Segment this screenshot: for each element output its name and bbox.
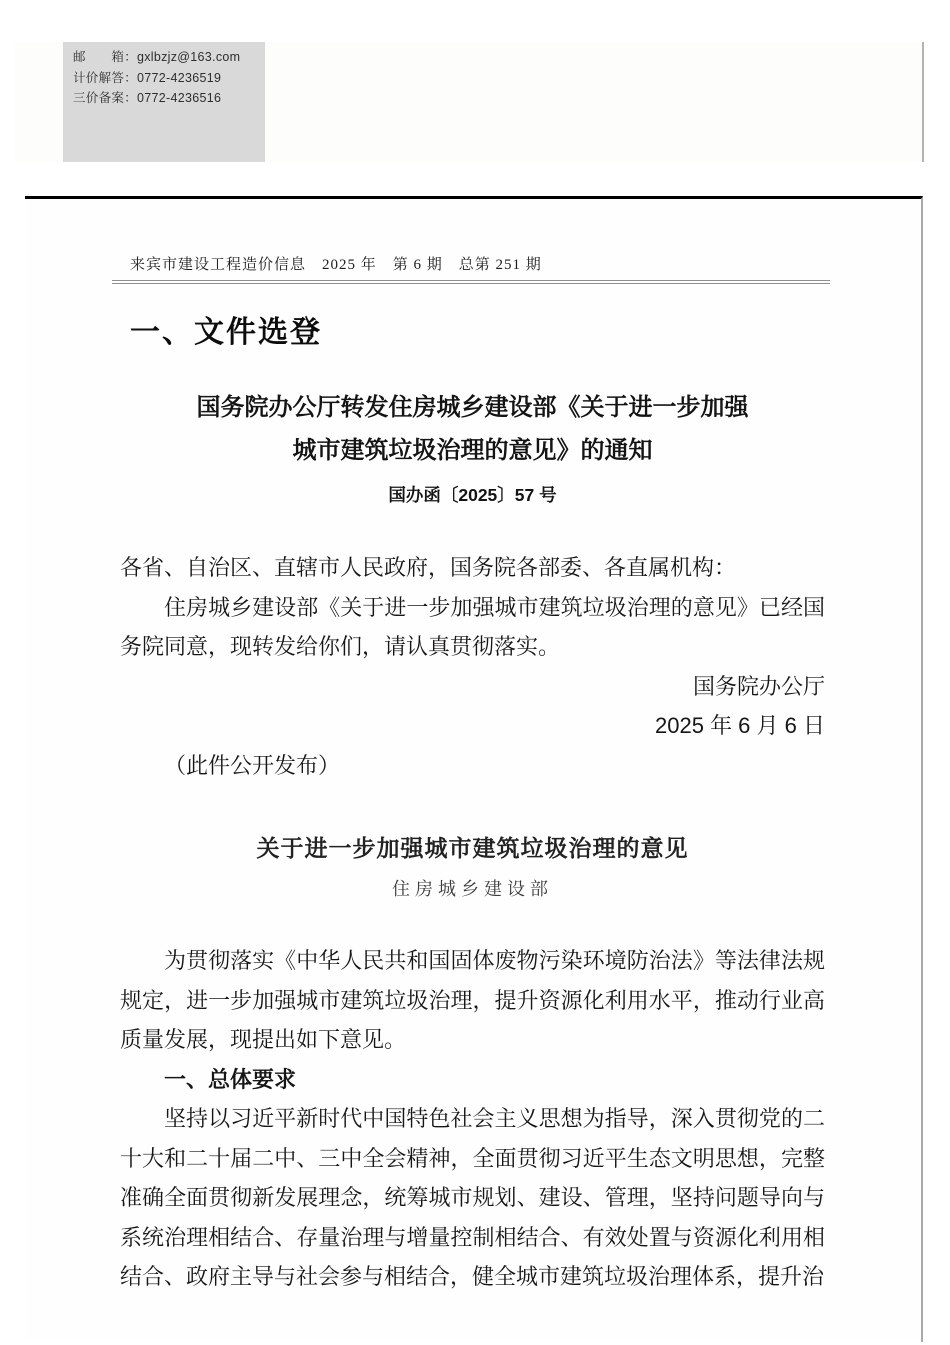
opinion-title: 关于进一步加强城市建筑垃圾治理的意见 xyxy=(120,835,825,862)
notice-date: 2025 年 6 月 6 日 xyxy=(120,706,825,746)
notice-body-paragraph: 住房城乡建设部《关于进一步加强城市建筑垃圾治理的意见》已经国务院同意，现转发给你… xyxy=(120,588,825,667)
notice-signer: 国务院办公厅 xyxy=(120,667,825,707)
notice-title-line1: 国务院办公厅转发住房城乡建设部《关于进一步加强 xyxy=(120,386,825,429)
masthead: 来宾市建设工程造价信息 2025 年 第 6 期 总第 251 期 xyxy=(120,257,825,284)
contact-info-box: 邮 箱：gxlbzjz@163.com 计价解答：0772-4236519 三价… xyxy=(63,42,265,162)
opinion-author: 住房城乡建设部 xyxy=(120,879,825,900)
notice-title-line2: 城市建筑垃圾治理的意见》的通知 xyxy=(120,429,825,472)
masthead-double-rule xyxy=(112,280,830,284)
notice-doc-number: 国办函〔2025〕57 号 xyxy=(120,485,825,505)
previous-page-fragment: 邮 箱：gxlbzjz@163.com 计价解答：0772-4236519 三价… xyxy=(15,42,924,162)
notice-title: 国务院办公厅转发住房城乡建设部《关于进一步加强 城市建筑垃圾治理的意见》的通知 xyxy=(120,386,825,472)
contact-line-filing-hotline: 三价备案：0772-4236516 xyxy=(73,88,265,109)
section-title: 一、文件选登 xyxy=(130,316,825,350)
notice-addressee: 各省、自治区、直辖市人民政府，国务院各部委、各直属机构： xyxy=(120,548,825,588)
document-page: 来宾市建设工程造价信息 2025 年 第 6 期 总第 251 期 一、文件选登… xyxy=(25,196,923,1342)
masthead-text: 来宾市建设工程造价信息 2025 年 第 6 期 总第 251 期 xyxy=(120,257,542,273)
opinion-heading-1: 一、总体要求 xyxy=(120,1060,825,1100)
page-content: 来宾市建设工程造价信息 2025 年 第 6 期 总第 251 期 一、文件选登… xyxy=(120,257,825,1297)
opinion-intro-paragraph: 为贯彻落实《中华人民共和国固体废物污染环境防治法》等法律法规规定，进一步加强城市… xyxy=(120,941,825,1060)
contact-line-pricing-hotline: 计价解答：0772-4236519 xyxy=(73,68,265,89)
notice-publish-note: （此件公开发布） xyxy=(120,746,825,786)
opinion-paragraph-1: 坚持以习近平新时代中国特色社会主义思想为指导，深入贯彻党的二十大和二十届二中、三… xyxy=(120,1099,825,1297)
notice-body-block: 各省、自治区、直辖市人民政府，国务院各部委、各直属机构： 住房城乡建设部《关于进… xyxy=(120,548,825,785)
opinion-body-block: 为贯彻落实《中华人民共和国固体废物污染环境防治法》等法律法规规定，进一步加强城市… xyxy=(120,941,825,1297)
contact-line-email: 邮 箱：gxlbzjz@163.com xyxy=(73,47,265,68)
